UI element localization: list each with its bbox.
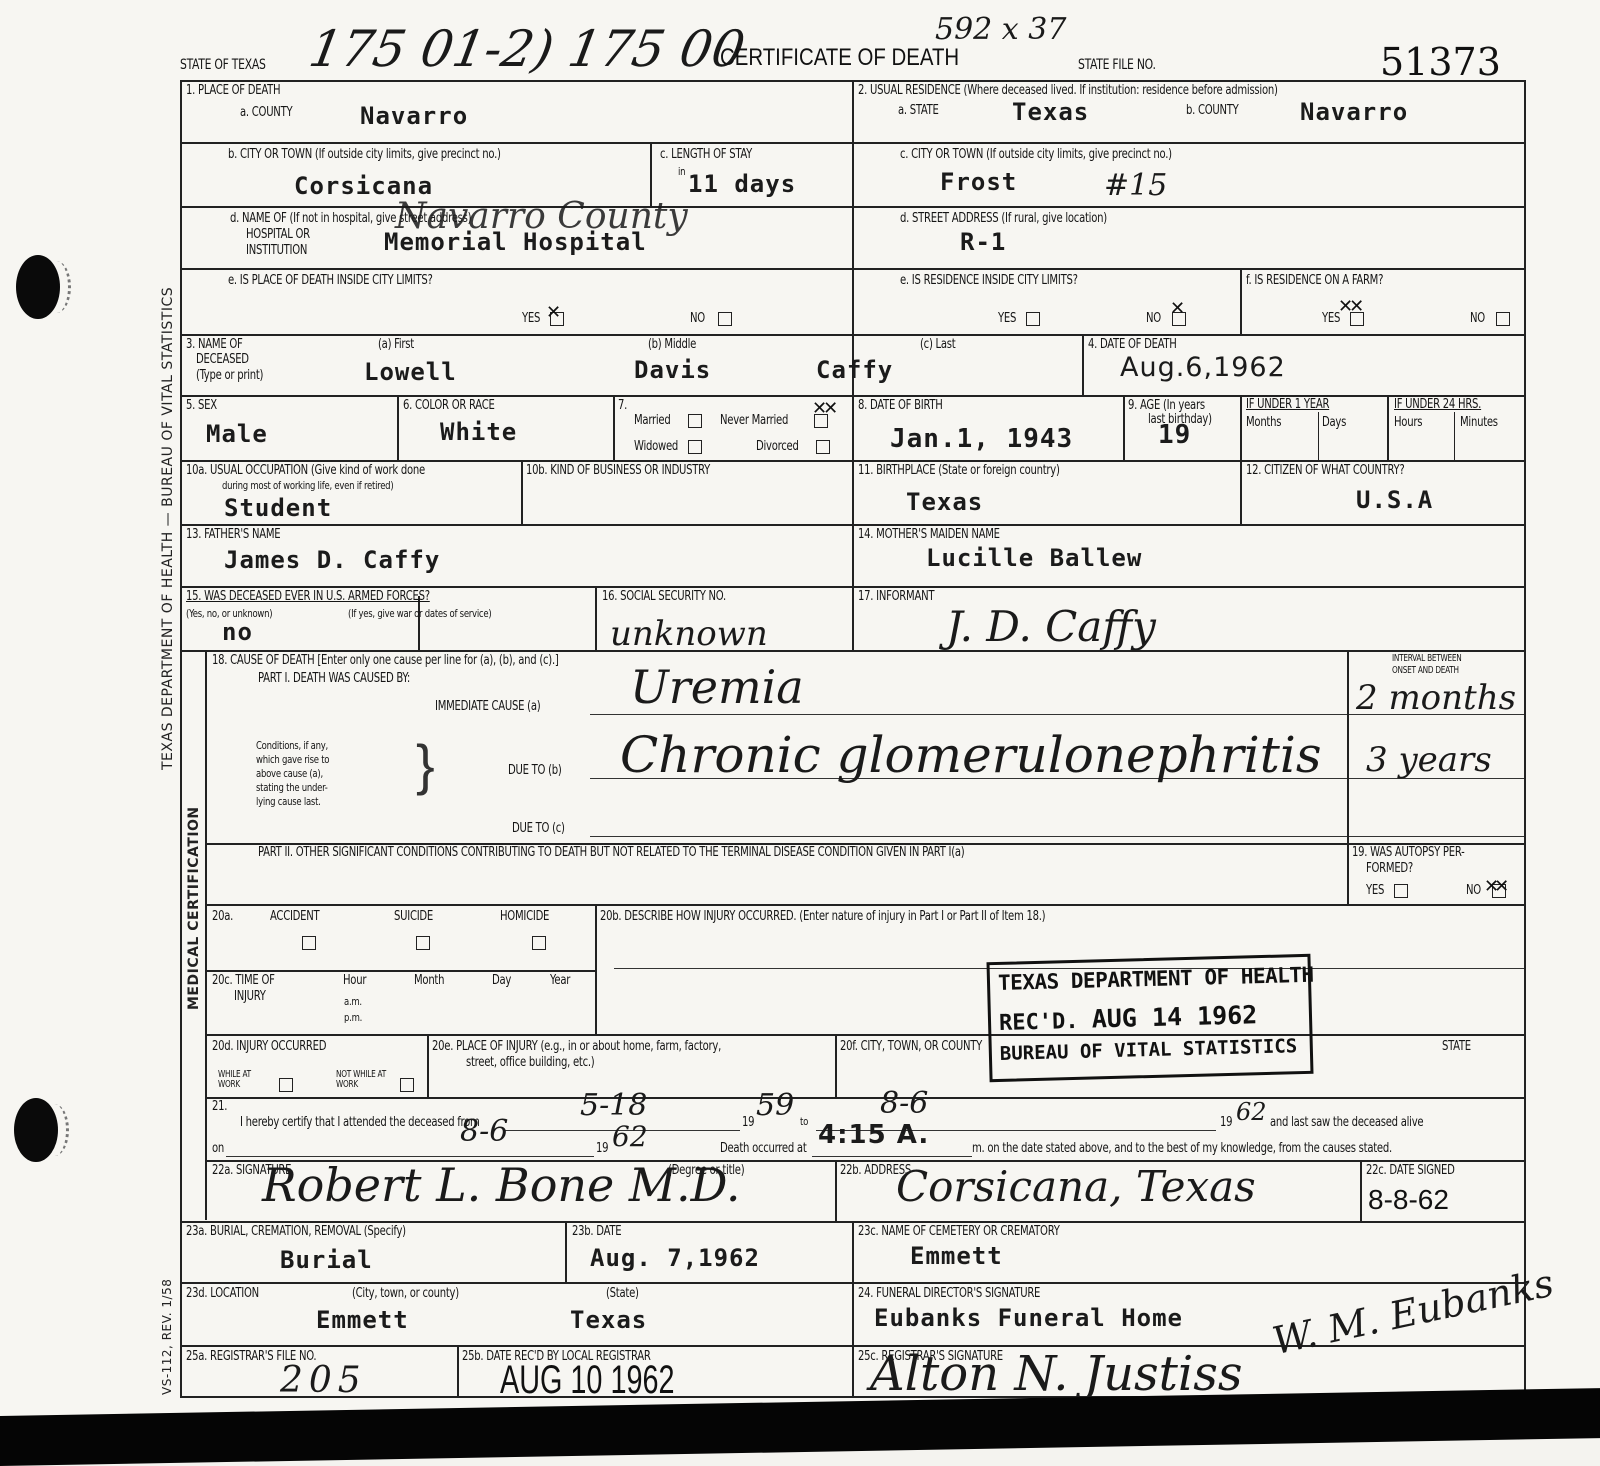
farm-no-checkbox[interactable] (1496, 312, 1510, 326)
attended-to-date: 8-6 (880, 1086, 928, 1121)
armed-forces-label: 15. WAS DECEASED EVER IN U.S. ARMED FORC… (186, 590, 430, 604)
attended-from-year: 59 (756, 1088, 794, 1123)
middle-name-value: Davis (634, 356, 711, 384)
funeral-home-value: Eubanks Funeral Home (874, 1304, 1183, 1332)
attended-from-date: 5-18 (580, 1088, 647, 1123)
widowed-checkbox[interactable] (688, 440, 702, 454)
due-to-b-value: Chronic glomerulonephritis (620, 726, 1322, 784)
county-label: a. COUNTY (240, 106, 292, 120)
certification-text: I hereby certify that I attended the dec… (240, 1116, 480, 1130)
precinct-handwritten: #15 (1104, 168, 1167, 203)
father-label: 13. FATHER'S NAME (186, 528, 280, 542)
death-city-label: b. CITY OR TOWN (If outside city limits,… (228, 148, 501, 162)
cemetery-value: Emmett (910, 1242, 1003, 1270)
married-checkbox[interactable] (688, 414, 702, 428)
ssn-label: 16. SOCIAL SECURITY NO. (602, 590, 726, 604)
date-signed-label: 22c. DATE SIGNED (1366, 1164, 1455, 1178)
suicide-checkbox[interactable] (416, 936, 430, 950)
ssn-value: unknown (610, 614, 768, 654)
accident-checkbox[interactable] (302, 936, 316, 950)
physician-signature: Robert L. Bone M.D. (262, 1158, 740, 1212)
immediate-cause-label: IMMEDIATE CAUSE (a) (435, 700, 540, 714)
residence-inside-limits-yes-checkbox[interactable] (1026, 312, 1040, 326)
date-of-death-value: Aug.6,1962 (1120, 352, 1286, 383)
residence-county-value: Navarro (1300, 98, 1408, 126)
race-value: White (440, 418, 517, 446)
punch-hole (16, 255, 60, 319)
marital-status-label: 7. (618, 399, 627, 413)
while-at-work-checkbox[interactable] (279, 1078, 293, 1092)
residence-city-value: Frost (940, 168, 1017, 196)
residence-inside-limits-label: e. IS RESIDENCE INSIDE CITY LIMITS? (900, 274, 1078, 288)
citizen-value: U.S.A (1356, 486, 1433, 514)
part1-label: PART I. DEATH WAS CAUSED BY: (258, 672, 410, 686)
sex-value: Male (206, 420, 268, 448)
informant-signature: J. D. Caffy (946, 602, 1156, 651)
burial-location-label: 23d. LOCATION (186, 1287, 259, 1301)
document-title: CERTIFICATE OF DEATH (720, 44, 959, 72)
last-name-value: Caffy (816, 356, 893, 384)
not-while-at-work-checkbox[interactable] (400, 1078, 414, 1092)
funeral-director-signature: W. M. Eubanks (1269, 1261, 1558, 1363)
birthplace-label: 11. BIRTHPLACE (State or foreign country… (858, 464, 1060, 478)
x-mark-icon: ✕✕ (1484, 876, 1504, 897)
date-signed-value: 8-8-62 (1368, 1184, 1449, 1216)
residence-state-value: Texas (1012, 98, 1089, 126)
x-mark-icon: ✕✕ (812, 398, 834, 419)
injury-state-label: STATE (1442, 1040, 1471, 1054)
interval-label: INTERVAL BETWEEN (1392, 654, 1462, 664)
date-of-death-label: 4. DATE OF DEATH (1088, 338, 1177, 352)
burial-date-value: Aug. 7,1962 (590, 1244, 760, 1272)
time-of-injury-label: 20c. TIME OF (212, 974, 275, 988)
last-seen-date: 8-6 (460, 1114, 508, 1149)
part2-label: PART II. OTHER SIGNIFICANT CONDITIONS CO… (258, 846, 964, 860)
state-file-number: 51373 (1380, 40, 1501, 84)
injury-city-label: 20f. CITY, TOWN, OR COUNTY (840, 1040, 982, 1054)
local-registrar-date-value: AUG 10 1962 (500, 1358, 675, 1403)
residence-label: 2. USUAL RESIDENCE (Where deceased lived… (858, 84, 1278, 98)
farm-label: f. IS RESIDENCE ON A FARM? (1246, 274, 1383, 288)
cemetery-label: 23c. NAME OF CEMETERY OR CREMATORY (858, 1225, 1060, 1239)
first-name-value: Lowell (364, 358, 457, 386)
autopsy-label: 19. WAS AUTOPSY PER- (1352, 846, 1464, 860)
burial-location-city: Emmett (316, 1306, 409, 1334)
hospital-value: Memorial Hospital (384, 228, 647, 256)
armed-forces-value: no (222, 618, 253, 646)
race-label: 6. COLOR OR RACE (403, 399, 495, 413)
bracket: } (416, 732, 435, 797)
state-label: STATE OF TEXAS (180, 58, 266, 73)
certificate-page: STATE OF TEXAS 175 01-2) 175 00 CERTIFIC… (0, 0, 1600, 1440)
funeral-director-label: 24. FUNERAL DIRECTOR'S SIGNATURE (858, 1287, 1040, 1301)
injury-occurred-label: 20d. INJURY OCCURRED (212, 1040, 326, 1054)
cause-of-death-label: 18. CAUSE OF DEATH [Enter only one cause… (212, 654, 559, 668)
department-side-label: TEXAS DEPARTMENT OF HEALTH — BUREAU OF V… (160, 287, 176, 770)
registrar-file-value: 205 (280, 1360, 367, 1401)
age-label: 9. AGE (In years (1128, 399, 1205, 413)
deceased-name-label: 3. NAME OF (186, 338, 243, 352)
registrar-signature: Alton N. Justiss (870, 1346, 1243, 1402)
death-time-value: 4:15 A. (818, 1120, 929, 1150)
date-of-birth-label: 8. DATE OF BIRTH (858, 399, 943, 413)
frame-left (180, 80, 182, 1398)
disposition-label: 23a. BURIAL, CREMATION, REMOVAL (Specify… (186, 1225, 406, 1239)
burial-date-label: 23b. DATE (572, 1225, 621, 1239)
state-file-label: STATE FILE NO. (1078, 58, 1156, 73)
length-of-stay-label: c. LENGTH OF STAY (660, 148, 752, 162)
handwritten-code: 175 01-2) 175 00 (305, 20, 749, 78)
divorced-checkbox[interactable] (816, 440, 830, 454)
manner-label: 20a. (212, 910, 233, 924)
mother-value: Lucille Ballew (926, 544, 1142, 572)
x-mark-icon: ✕ (1170, 298, 1185, 319)
due-to-b-label: DUE TO (b) (508, 764, 562, 778)
homicide-checkbox[interactable] (532, 936, 546, 950)
citizen-label: 12. CITIZEN OF WHAT COUNTRY? (1246, 464, 1404, 478)
occupation-label: 10a. USUAL OCCUPATION (Give kind of work… (186, 464, 425, 478)
x-mark-icon: ✕✕ (1338, 296, 1360, 317)
attended-to-year: 62 (1236, 1098, 1267, 1126)
disposition-value: Burial (280, 1246, 373, 1274)
street-address-value: R-1 (960, 228, 1006, 256)
handwritten-note: 592 x 37 (935, 12, 1066, 47)
death-county-value: Navarro (360, 102, 468, 130)
form-number-label: VS-112, REV. 1/58 (160, 1279, 174, 1395)
due-to-c-label: DUE TO (c) (512, 822, 565, 836)
residence-county-label: b. COUNTY (1186, 104, 1239, 118)
place-of-injury-label: 20e. PLACE OF INJURY (e.g., in or about … (432, 1040, 721, 1054)
street-address-label: d. STREET ADDRESS (If rural, give locati… (900, 212, 1107, 226)
father-value: James D. Caffy (224, 546, 440, 574)
interval-b-value: 3 years (1366, 740, 1492, 780)
business-label: 10b. KIND OF BUSINESS OR INDUSTRY (526, 464, 710, 478)
interval-a-value: 2 months (1356, 678, 1516, 718)
occupation-value: Student (224, 494, 332, 522)
residence-city-label: c. CITY OR TOWN (If outside city limits,… (900, 148, 1172, 162)
received-stamp: TEXAS DEPARTMENT OF HEALTH REC'D. AUG 14… (986, 954, 1313, 1082)
sex-label: 5. SEX (186, 399, 217, 413)
length-of-stay-value: 11 days (688, 170, 796, 198)
place-of-death-label: 1. PLACE OF DEATH (186, 84, 280, 98)
physician-address-value: Corsicana, Texas (896, 1162, 1256, 1211)
last-seen-year: 62 (612, 1120, 648, 1153)
burial-location-state: Texas (570, 1306, 647, 1334)
immediate-cause-value: Uremia (630, 660, 804, 714)
age-value: 19 (1158, 420, 1191, 450)
x-mark-icon: ✕ (546, 302, 561, 323)
autopsy-yes-checkbox[interactable] (1394, 884, 1408, 898)
describe-injury-label: 20b. DESCRIBE HOW INJURY OCCURRED. (Ente… (600, 910, 1045, 924)
birthplace-value: Texas (906, 488, 983, 516)
mother-label: 14. MOTHER'S MAIDEN NAME (858, 528, 1000, 542)
punch-hole (14, 1098, 58, 1162)
medical-certification-label: MEDICAL CERTIFICATION (186, 806, 202, 1010)
stamp-date: AUG 14 1962 (1091, 1000, 1257, 1033)
residence-state-label: a. STATE (898, 104, 939, 118)
informant-label: 17. INFORMANT (858, 590, 934, 604)
death-inside-limits-label: e. IS PLACE OF DEATH INSIDE CITY LIMITS? (228, 274, 433, 288)
date-of-birth-value: Jan.1, 1943 (890, 424, 1073, 454)
certification-number: 21. (212, 1100, 227, 1114)
death-inside-limits-no-checkbox[interactable] (718, 312, 732, 326)
frame-right (1524, 80, 1526, 1398)
